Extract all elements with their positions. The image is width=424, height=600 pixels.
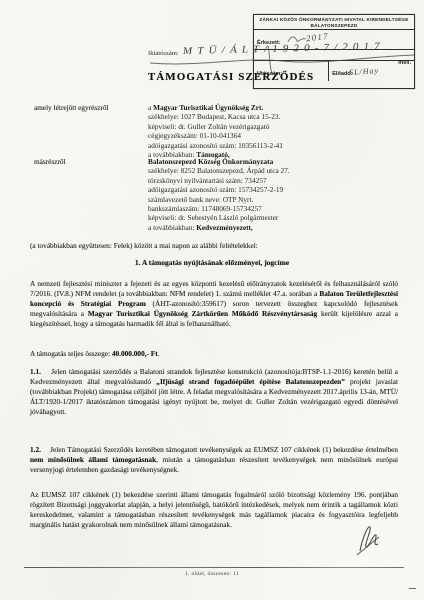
parties-joint-clause: (a továbbiakban együttesen: Felek) közöt…	[30, 241, 400, 250]
paragraph-clause-1-1: 1.1. Jelen támogatási szerződés a Balato…	[30, 367, 398, 417]
scanned-contract-page: Iktatószám: MTÜ/ÁLT/1920-7/2017 TÁMOGATÁ…	[0, 0, 424, 600]
party-grantor-role: amely létrejött egyrészről	[34, 103, 109, 112]
party-line: bankszámlaszám: 11748069-15734257	[148, 204, 398, 213]
party-line: a Magyar Turisztikai Ügynökség Zrt.	[148, 103, 398, 112]
stamp-clerk-cell: Előadó: SL/Hay	[329, 61, 414, 81]
party-line: cégjegyzékszám: 01-10-041364	[148, 131, 398, 140]
registry-number-label: Iktatószám:	[148, 50, 179, 57]
party-line: székhelye: 1027 Budapest, Kacsa utca 15-…	[148, 112, 398, 121]
page-number-footer: 1. oldal, összesen: 11	[0, 571, 424, 577]
stamp-office-line2: BALATONSZEPEZD	[256, 23, 412, 29]
party-line: törzskönyvi nyilvántartási szám: 734257	[148, 176, 398, 185]
party-line: képviseli: dr. Sebestyén László polgárme…	[148, 213, 398, 222]
stamp-clerk-handwritten-value: SL/Hay	[349, 66, 380, 77]
party-line: székhelye: 8252 Balatonszepezd, Árpád ut…	[148, 166, 398, 175]
paragraph-nfm-decree: A nemzeti fejlesztési miniszter a fejeze…	[30, 279, 398, 329]
paragraph-grant-amount: A támogatás teljes összege: 40.000.000,-…	[30, 349, 398, 359]
party-line: a továbbiakban: Kedvezményezett,	[148, 223, 398, 232]
party-line: képviseli: dr. Guller Zoltán vezérigazga…	[148, 122, 398, 131]
party-beneficiary-block: másrészről Balatonszepezd Község Önkormá…	[34, 157, 398, 232]
party-line: adóigazgatási azonosító szám: 10356113-2…	[148, 141, 398, 150]
stamp-office-name: ZÁNKAI KÖZÖS ÖNKORMÁNYZATI HIVATAL KIREN…	[254, 15, 414, 30]
stamp-bottom-cells: Utószám: Előadó: SL/Hay	[254, 60, 414, 81]
footer-rule	[24, 567, 404, 568]
party-beneficiary-role: másrészről	[34, 157, 66, 166]
registry-number-line: Iktatószám: MTÜ/ÁLT/1920-7/2017	[148, 42, 363, 60]
stamp-office-line1: ZÁNKAI KÖZÖS ÖNKORMÁNYZATI HIVATAL KIREN…	[256, 17, 412, 23]
party-line: Balatonszepezd Község Önkormányzata	[148, 157, 398, 166]
party-grantor-block: amely létrejött egyrészről a Magyar Turi…	[34, 103, 398, 159]
party-line: számlavezető bank neve: OTP Nyrt.	[148, 195, 398, 204]
paragraph-clause-1-2: 1.2. Jelen Támogatási Szerződés keretébe…	[30, 445, 398, 475]
registry-number-handwritten-value: MTÜ/ÁLT/1920-7/2017	[183, 41, 385, 57]
party-line: adóigazgatási azonosító szám: 15734257-2…	[148, 185, 398, 194]
paraph-signature-icon	[352, 519, 386, 559]
scan-edge-mark	[409, 588, 416, 589]
stamp-case-number-cell: Utószám:	[254, 61, 329, 81]
stamp-case-number-label: Utószám:	[257, 71, 282, 77]
paragraph-eumsz-107: Az EUMSZ 107 cikkének (1) bekezdése szer…	[30, 490, 398, 530]
section-1-heading: 1. A támogatás nyújtásának előzményei, j…	[0, 258, 424, 267]
